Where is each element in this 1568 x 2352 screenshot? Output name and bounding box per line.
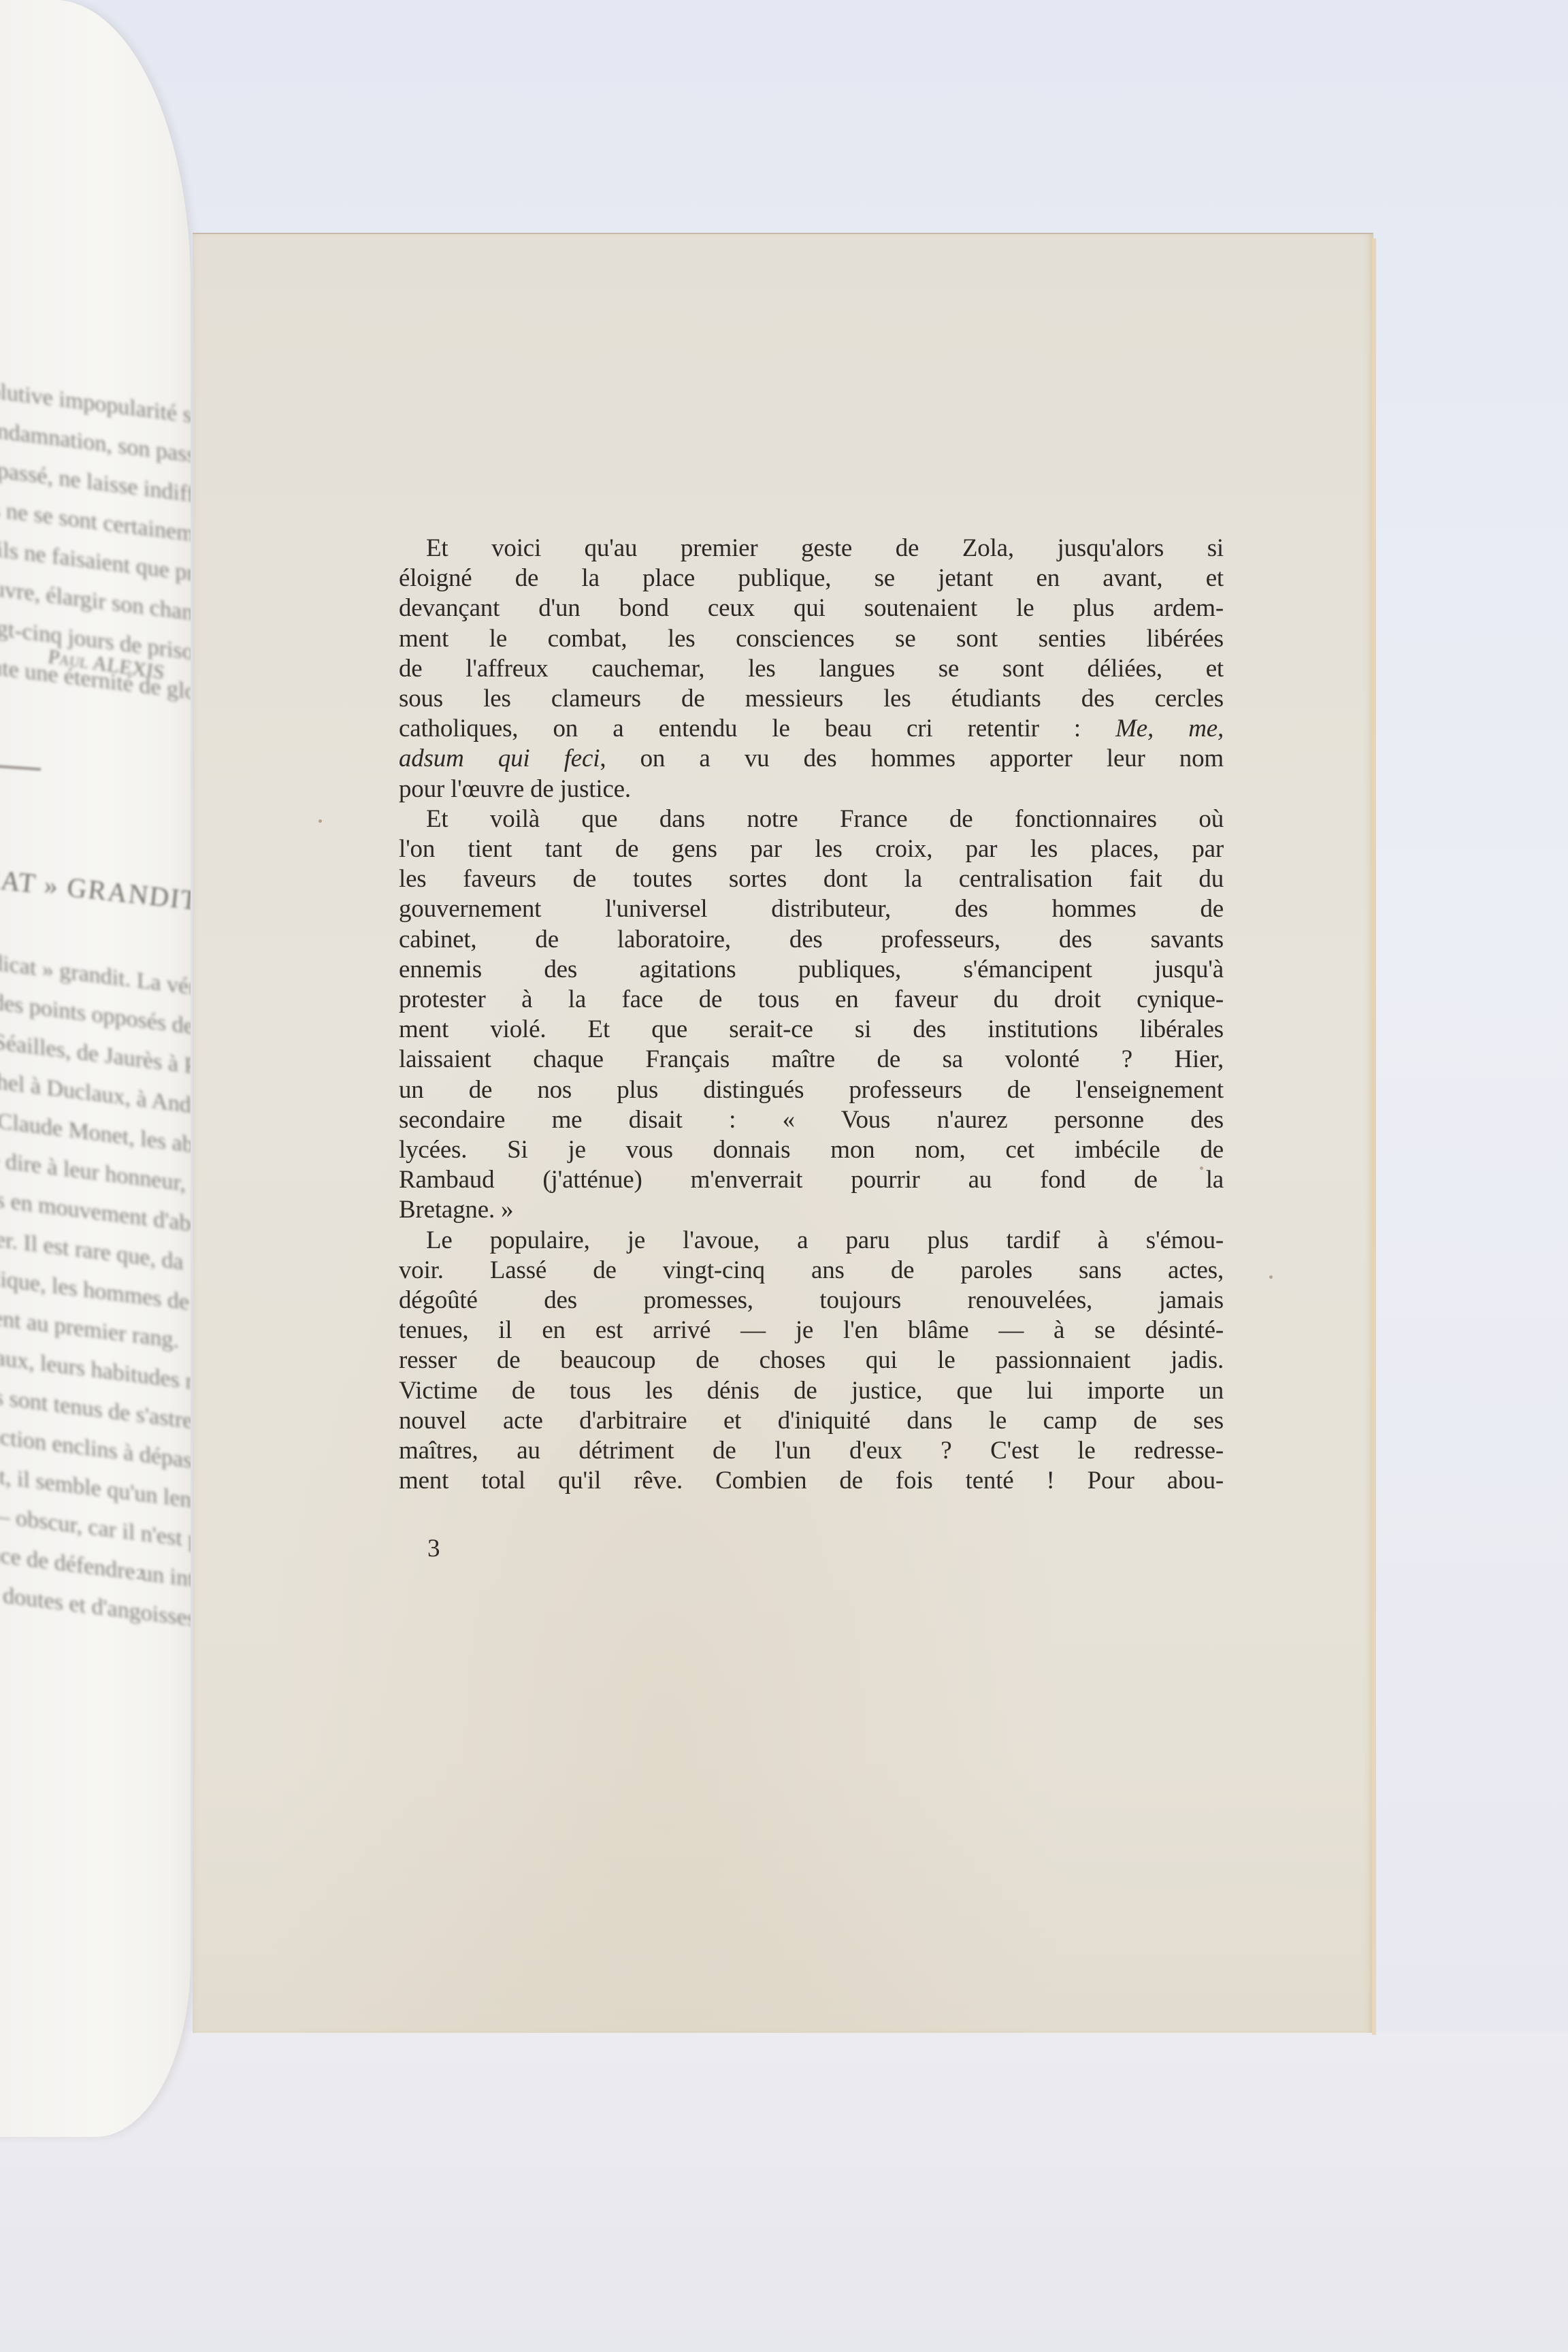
text-line: Bretagne. » — [399, 1195, 1224, 1225]
text-line: adsum qui feci, on a vu des hommes appor… — [399, 744, 1224, 774]
text-line: Le populaire, je l'avoue, a paru plus ta… — [399, 1226, 1224, 1256]
text-line: voir. Lassé de vingt-cinq ans de paroles… — [399, 1256, 1224, 1286]
text-segment: catholiques, on a entendu le beau cri re… — [399, 715, 1081, 742]
paper-speck — [1269, 1275, 1273, 1279]
text-line: maîtres, au détriment de l'un d'eux ? C'… — [399, 1436, 1224, 1466]
text-line: sous les clameurs de messieurs les étudi… — [399, 684, 1224, 714]
text-line: nouvel acte d'arbitraire et d'iniquité d… — [399, 1406, 1224, 1436]
text-segment: , on a vu des hommes apporter leur nom — [600, 745, 1224, 772]
section-heading: ICAT » GRANDIT — [0, 861, 191, 917]
text-line: Et voici qu'au premier geste de Zola, ju… — [399, 534, 1224, 563]
text-line: un de nos plus distingués professeurs de… — [399, 1075, 1224, 1105]
text-line: devançant d'un bond ceux qui soutenaient… — [399, 593, 1224, 623]
text-line: protester à la face de tous en faveur du… — [399, 985, 1224, 1015]
section-divider — [0, 764, 41, 771]
left-facing-page: ervolutive impopularité se rés a condamn… — [0, 0, 191, 2137]
text-line: catholiques, on a entendu le beau cri re… — [399, 714, 1224, 744]
text-line: ment total qu'il rêve. Combien de fois t… — [399, 1466, 1224, 1496]
text-line: laissaient chaque Français maître de sa … — [399, 1045, 1224, 1075]
text-line: lycées. Si je vous donnais mon nom, cet … — [399, 1135, 1224, 1165]
text-line: dégoûté des promesses, toujours renouvel… — [399, 1286, 1224, 1316]
text-line: Rambaud (j'atténue) m'enverrait pourrir … — [399, 1165, 1224, 1195]
text-line: Et voilà que dans notre France de foncti… — [399, 804, 1224, 834]
text-line: secondaire me disait : « Vous n'aurez pe… — [399, 1105, 1224, 1135]
paper-speck — [318, 819, 322, 823]
page-number: 3 — [427, 1534, 440, 1563]
text-line: l'on tient tant de gens par les croix, p… — [399, 834, 1224, 864]
left-page-body-text: syndicat » grandit. La vér ue, des point… — [0, 939, 163, 1635]
text-line: ment violé. Et que serait-ce si des inst… — [399, 1015, 1224, 1045]
text-line: Victime de tous les dénis de justice, qu… — [399, 1376, 1224, 1406]
body-text: Et voici qu'au premier geste de Zola, ju… — [399, 534, 1224, 1497]
text-line: cabinet, de laboratoire, des professeurs… — [399, 925, 1224, 955]
text-line: de l'affreux cauchemar, les langues se s… — [399, 654, 1224, 684]
text-line: éloigné de la place publique, se jetant … — [399, 563, 1224, 593]
text-line: gouvernement l'universel distributeur, d… — [399, 894, 1224, 924]
text-line: ennemis des agitations publiques, s'éman… — [399, 955, 1224, 985]
latin-quote: Me, me, — [1115, 715, 1224, 742]
text-line: resser de beaucoup de choses qui le pass… — [399, 1345, 1224, 1375]
backdrop-surface — [0, 2031, 1568, 2352]
latin-quote: adsum qui feci — [399, 745, 600, 772]
left-page-number: 2 — [136, 1565, 144, 1583]
right-page: Et voici qu'au premier geste de Zola, ju… — [193, 233, 1373, 2033]
text-line: les faveurs de toutes sortes dont la cen… — [399, 864, 1224, 894]
text-line: pour l'œuvre de justice. — [399, 774, 1224, 804]
text-line: tenues, il en est arrivé — je l'en blâme… — [399, 1316, 1224, 1345]
text-line: ment le combat, les consciences se sont … — [399, 624, 1224, 654]
